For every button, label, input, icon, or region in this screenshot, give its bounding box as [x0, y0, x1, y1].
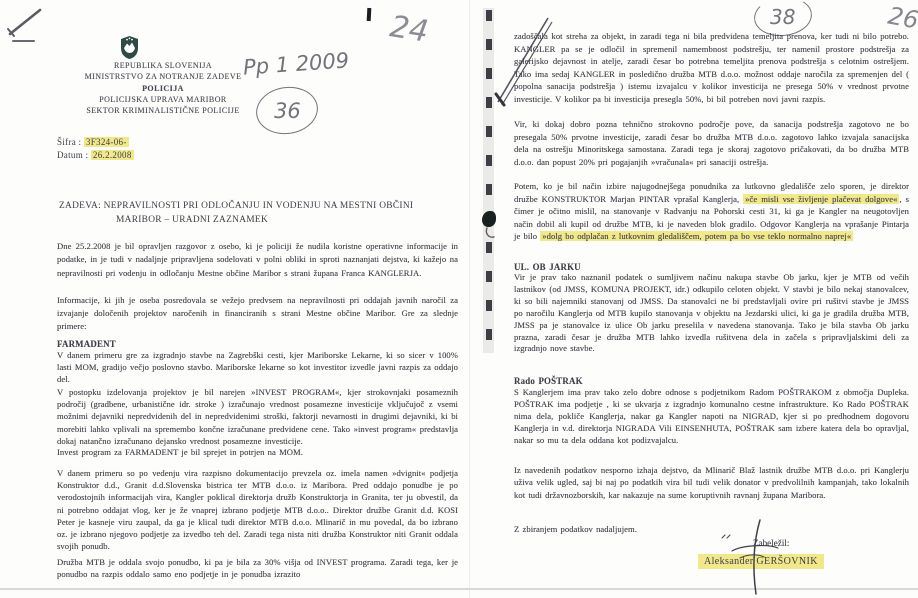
- letterhead-line: SEKTOR KRIMINALISTIČNE POLICIJE: [37, 105, 289, 116]
- subject-heading: ZADEVA: NEPRAVILNOSTI PRI ODLOČANJU IN V…: [59, 200, 463, 227]
- sifra-value: 3F324-06-: [84, 137, 129, 147]
- paragraph-druzba: Družba MTB je oddala svojo ponudbo, ki p…: [57, 556, 458, 580]
- highlighted-quote: »če misli vse življenje plačevat dolgove…: [743, 194, 899, 204]
- paragraph-streha: zadoščala kot streha za objekt, in zarad…: [514, 30, 909, 105]
- scan-tick-mark: [367, 8, 372, 21]
- letterhead-line: POLICIJA: [37, 83, 289, 94]
- datum-value: 26.2.2008: [91, 150, 134, 160]
- circled-38-number: 38: [770, 5, 795, 29]
- paragraph-intro-1: Dne 25.2.2008 je bil opravljen razgovor …: [57, 240, 458, 280]
- handwritten-page-number: 24: [387, 9, 430, 50]
- datum-label: Datum :: [57, 150, 88, 160]
- right-page: 38 26 zadoščala kot streha za objekt, in…: [470, 0, 918, 598]
- farmadent-paragraph-2: V postopku izdelovanja projektov je bil …: [57, 386, 458, 447]
- subject-line-1: ZADEVA: NEPRAVILNOSTI PRI ODLOČANJU IN V…: [59, 200, 463, 214]
- highlighted-quote: »dolg bo odplačan z lutkovnim gledališče…: [540, 231, 853, 241]
- paragraph-vdanem: V danem primeru so po vedenju vira razpi…: [57, 467, 458, 552]
- circled-36-number: 36: [274, 99, 301, 123]
- ob-jarku-paragraph: Vir je prav tako naznanil podatek o suml…: [514, 272, 909, 355]
- paragraph-iznavedenih: Iz navedenih podatkov nesporno izhaja de…: [514, 464, 909, 501]
- sifra-row: Šifra : 3F324-06-: [57, 137, 129, 147]
- paragraph-potem: Potem, ko je bil način izbire najugodnej…: [514, 180, 909, 243]
- letterhead-line: POLICIJSKA UPRAVA MARIBOR: [37, 94, 289, 105]
- paragraph-vir: Vir, ki dokaj dobro pozna tehnično strok…: [514, 118, 909, 168]
- paragraph-intro-2: Informacije, ki jih je oseba posredovala…: [57, 294, 458, 334]
- subject-line-2: MARIBOR – URADNI ZAZNAMEK: [59, 214, 463, 228]
- closing-line: Z zbiranjem podatkov nadaljujem.: [514, 523, 909, 535]
- handwritten-corner-mark: [2, 2, 50, 44]
- coat-of-arms-icon: [120, 35, 139, 60]
- left-page: REPUBLIKA SLOVENIJA MINISTRSTVO ZA NOTRA…: [0, 0, 469, 598]
- postrak-paragraph: S Kanglerjem ima prav tako zelo dobre od…: [514, 386, 909, 446]
- sifra-label: Šifra :: [57, 137, 81, 147]
- farmadent-paragraph-3: Invest program za FARMADENT je bil sprej…: [57, 446, 458, 458]
- farmadent-paragraph-1: V danem primeru gre za izgradnjo stavbe …: [57, 349, 458, 386]
- datum-row: Datum : 26.2.2008: [57, 150, 134, 160]
- signature: [720, 518, 790, 598]
- handwritten-note-pp: Pp 1 2009: [242, 48, 350, 79]
